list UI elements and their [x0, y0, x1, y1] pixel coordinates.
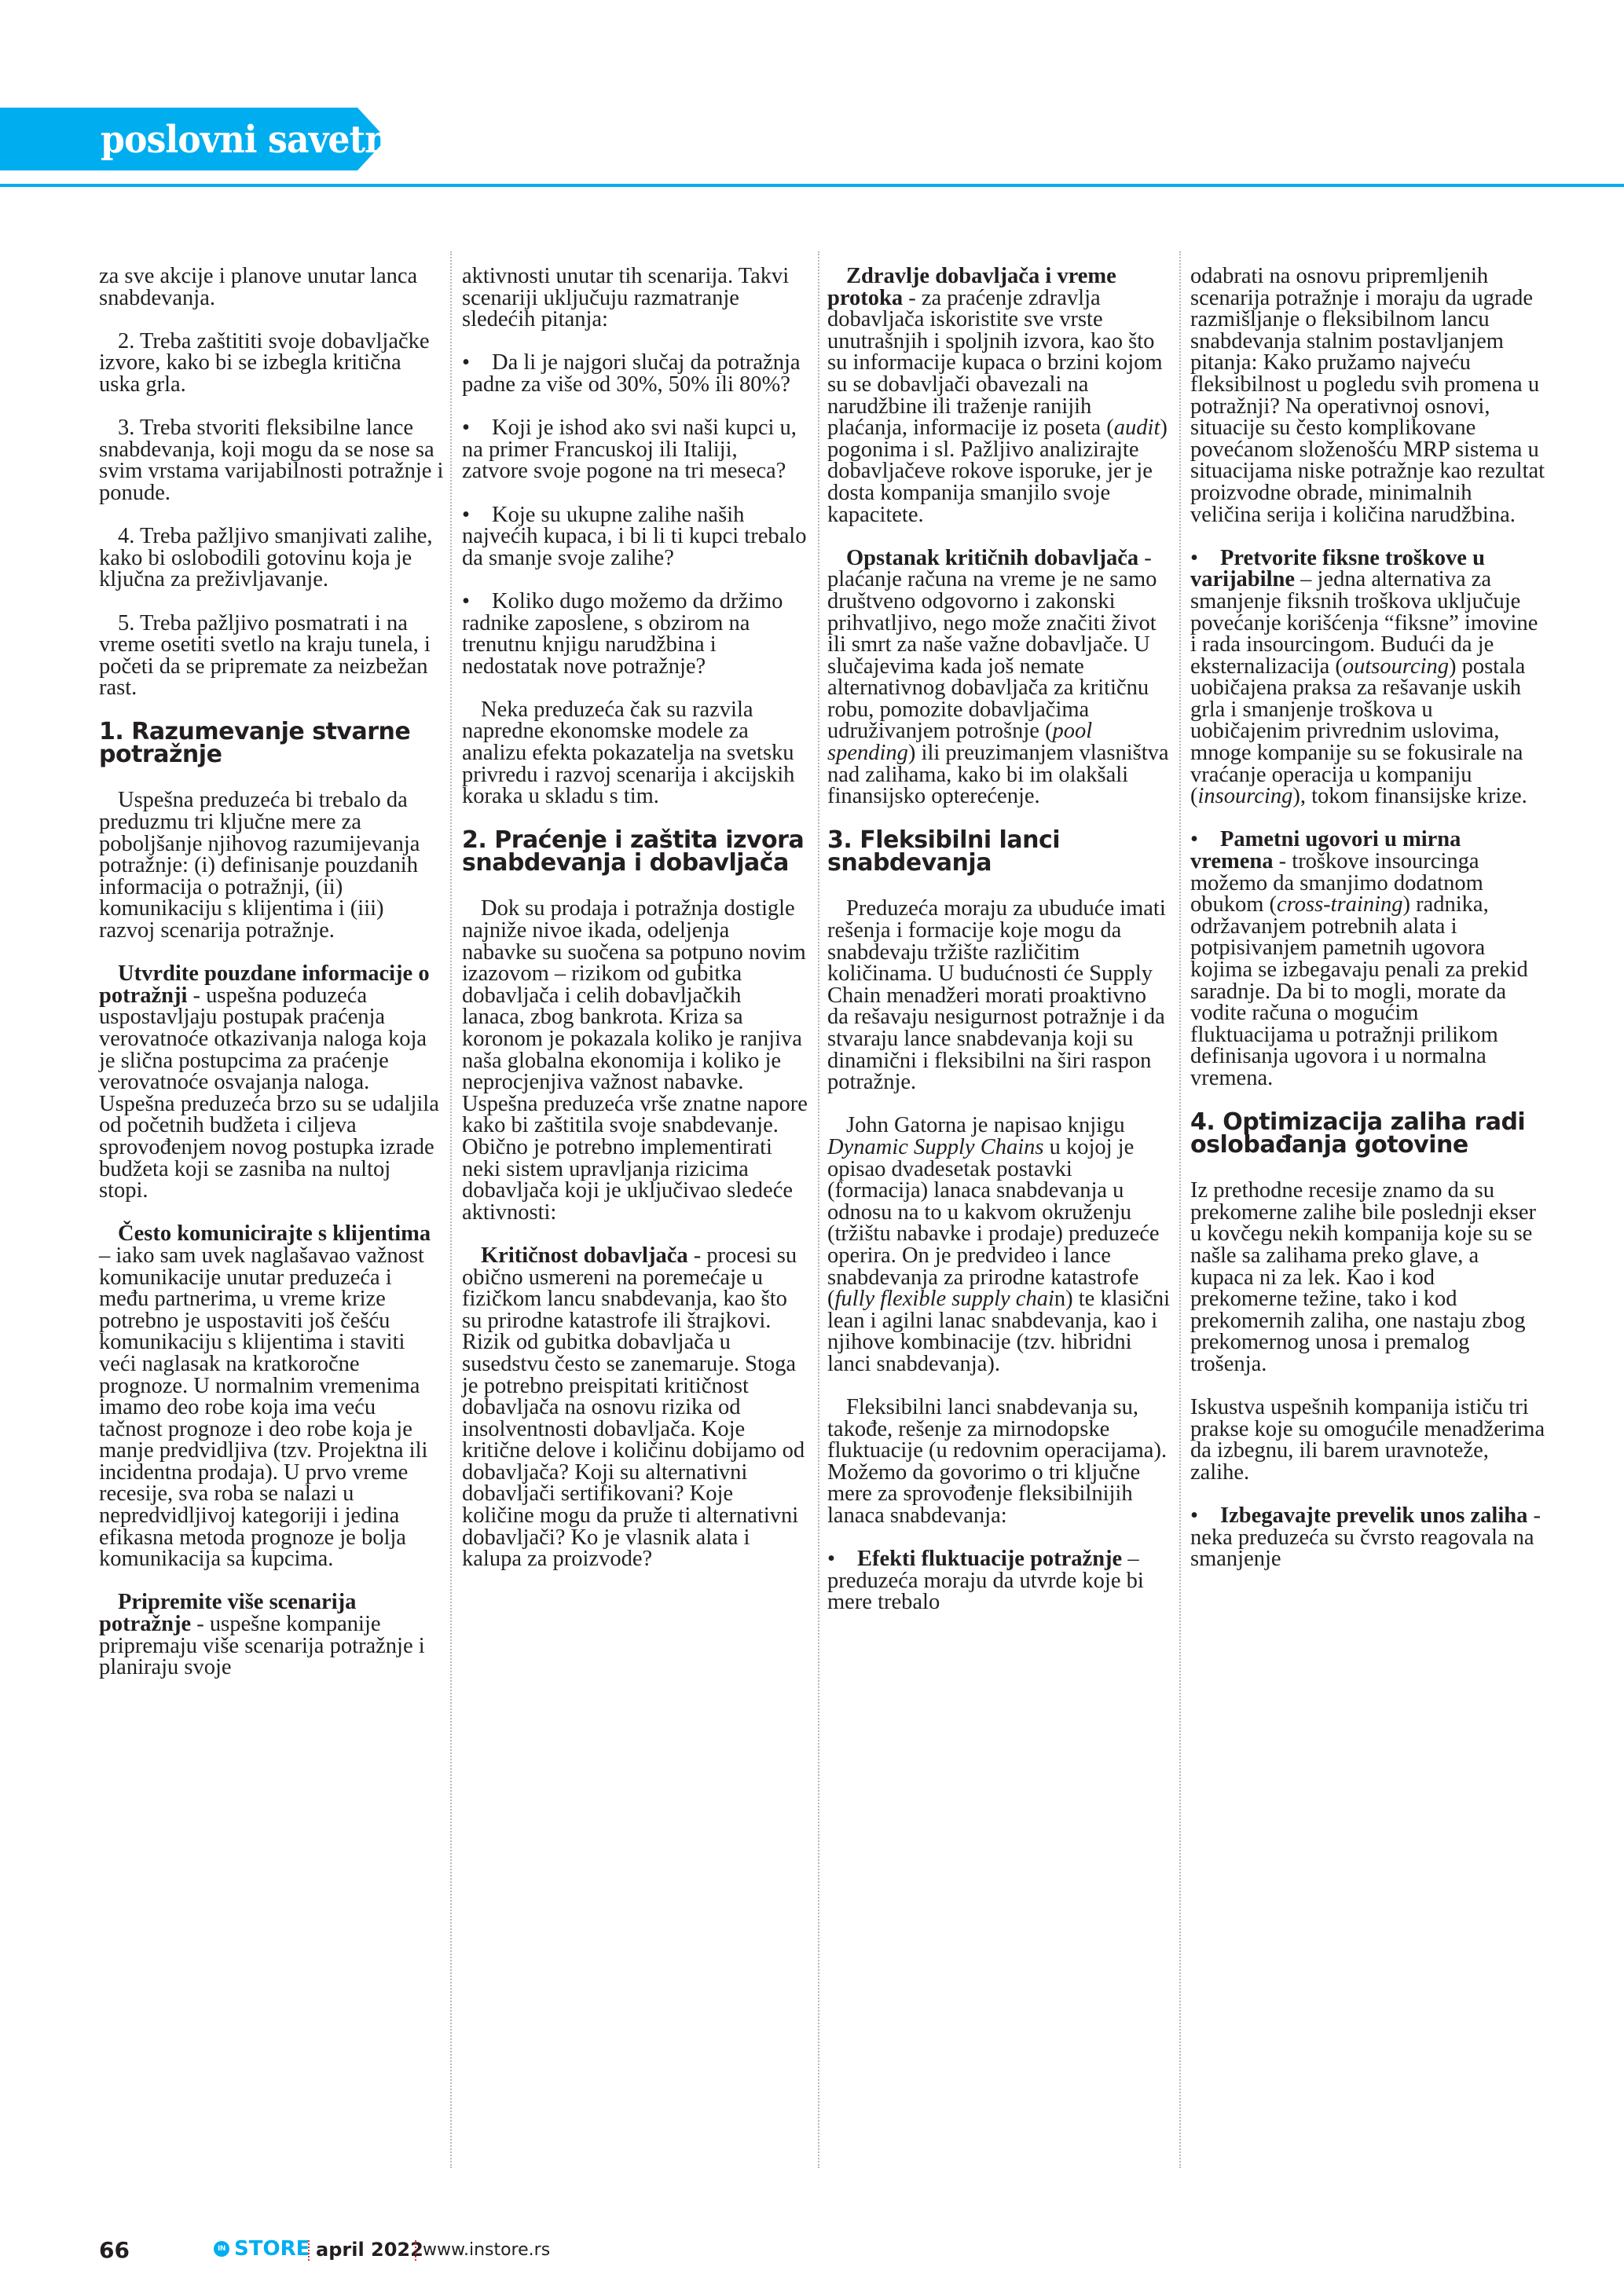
paragraph: Utvrdite pouzdane informacije o potražnj… [99, 963, 445, 1202]
paragraph: Često komunicirajte s klijentima – iako … [99, 1223, 445, 1570]
bullet-item: •Koje su ukupne zalihe naših najvećih ku… [462, 504, 808, 569]
bullet-icon: • [1190, 829, 1220, 851]
logo-text: STORE [234, 2237, 310, 2261]
paragraph: Zdravlje dobavljača i vreme protoka - za… [827, 265, 1171, 525]
bullet-item: •Efekti fluktuacije potražnje – preduzeć… [827, 1548, 1171, 1613]
article-column-1: za sve akcije i planove unutar lanca sna… [99, 265, 445, 1700]
bullet-icon: • [462, 417, 492, 439]
paragraph: Opstanak kritičnih dobavljača - plaćanje… [827, 547, 1171, 807]
paragraph: Iz prethodne recesije znamo da su prekom… [1190, 1180, 1545, 1375]
header-rule [0, 184, 1624, 187]
paragraph: Iskustva uspešnih kompanija ističu tri p… [1190, 1397, 1545, 1483]
bullet-item: •Pametni ugovori u mirna vremena - trošk… [1190, 829, 1545, 1089]
bullet-icon: • [1190, 547, 1220, 569]
paragraph: John Gatorna je napisao knjigu Dynamic S… [827, 1115, 1171, 1375]
paragraph: aktivnosti unutar tih scenarija. Takvi s… [462, 265, 808, 331]
paragraph: za sve akcije i planove unutar lanca sna… [99, 265, 445, 309]
bullet-item: •Da li je najgori slučaj da potražnja pa… [462, 352, 808, 395]
in-badge-icon: IN [214, 2241, 229, 2257]
bullet-icon: • [462, 591, 492, 613]
website-link[interactable]: www.instore.rs [423, 2240, 550, 2260]
numbered-item: 2. Treba zaštititi svoje dobavljačke izv… [99, 331, 445, 396]
article-column-3: Zdravlje dobavljača i vreme protoka - za… [827, 265, 1171, 1635]
column-divider [818, 251, 819, 2168]
section-heading: 4. Optimizacija zaliha radi oslobađanja … [1190, 1111, 1545, 1156]
lead-in: Izbegavajte prevelik unos zaliha [1220, 1503, 1527, 1528]
footer-separator [415, 2240, 416, 2261]
lead-in: Kritičnost dobavljača [481, 1243, 688, 1268]
article-column-2: aktivnosti unutar tih scenarija. Takvi s… [462, 265, 808, 1591]
issue-date: april 2022 [316, 2239, 423, 2261]
numbered-item: 3. Treba stvoriti fleksibilne lance snab… [99, 417, 445, 504]
section-title: poslovni savetnik [101, 110, 425, 170]
paragraph: Fleksibilni lanci snabdevanja su, takođe… [827, 1397, 1171, 1527]
bullet-item: •Izbegavajte prevelik unos zaliha - neka… [1190, 1505, 1545, 1570]
section-heading: 3. Fleksibilni lanci snabdevanja [827, 829, 1171, 874]
section-heading: 2. Praćenje i zaštita izvora snabdevanja… [462, 829, 808, 874]
paragraph: Uspešna preduzeća bi trebalo da preduzmu… [99, 789, 445, 941]
magazine-logo: IN STORE [214, 2237, 310, 2261]
numbered-item: 5. Treba pažljivo posmatrati i na vreme … [99, 613, 445, 699]
page-number: 66 [99, 2237, 130, 2263]
paragraph: Dok su prodaja i potražnja dostigle najn… [462, 898, 808, 1223]
paragraph: Pripremite više scenarija potražnje - us… [99, 1591, 445, 1678]
bullet-icon: • [1190, 1505, 1220, 1527]
paragraph: Preduzeća moraju za ubuduće imati rešenj… [827, 898, 1171, 1093]
bullet-icon: • [462, 504, 492, 526]
numbered-item: 4. Treba pažljivo smanjivati zalihe, kak… [99, 525, 445, 591]
bullet-item: •Koji je ishod ako svi naši kupci u, na … [462, 417, 808, 482]
paragraph: Kritičnost dobavljača - procesi su običn… [462, 1245, 808, 1570]
section-heading: 1. Razumevanje stvarne potražnje [99, 720, 445, 766]
paragraph: Neka preduzeća čak su razvila napredne e… [462, 699, 808, 807]
bullet-item: •Koliko dugo možemo da držimo radnike za… [462, 591, 808, 677]
page-footer: 66 IN STORE april 2022 www.instore.rs [0, 2237, 1624, 2269]
column-divider [450, 251, 452, 2168]
bullet-item: •Pretvorite fiksne troškove u varijabiln… [1190, 547, 1545, 807]
bullet-icon: • [462, 352, 492, 374]
article-column-4: odabrati na osnovu pripremljenih scenari… [1190, 265, 1545, 1591]
paragraph: odabrati na osnovu pripremljenih scenari… [1190, 265, 1545, 525]
bullet-icon: • [827, 1548, 857, 1570]
lead-in: Opstanak kritičnih dobavljača [846, 546, 1138, 570]
column-divider [1179, 251, 1181, 2168]
lead-in: Efekti fluktuacije potražnje [857, 1547, 1122, 1571]
footer-separator [308, 2240, 310, 2261]
lead-in: Često komunicirajte s klijentima [118, 1221, 431, 1246]
